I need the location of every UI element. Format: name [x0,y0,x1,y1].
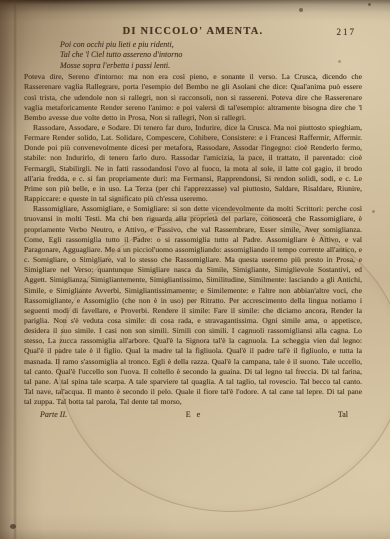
part-label: Parte II. [24,410,143,419]
ink-speck [368,3,371,6]
page-crease [13,0,17,539]
ink-speck [10,524,16,529]
ink-speck [372,210,375,213]
gathering-signature: E e [143,410,246,419]
scanned-book-page: DI NICCOLO' AMENTA. 217 Poi con occhi pi… [0,0,390,539]
ink-speck [299,8,303,12]
paragraph-rassomigliare: Rassomigliare, Assomigliare, e Somigliar… [24,204,362,407]
page-text: DI NICCOLO' AMENTA. 217 Poi con occhi pi… [24,26,362,419]
verse-line: Tal che 'l Ciel tutto assereno d'intorno [60,50,362,60]
page-number: 217 [337,27,357,37]
verse-line: Mosse sopra l'erbetta i passi lenti. [60,61,362,71]
verse-line: Poi con occhi piu lieti e piu ridenti, [60,40,362,50]
paragraph-rasserenare: Poteva dire, Sereno d'intorno: ma non er… [24,72,362,123]
header-title: DI NICCOLO' AMENTA. [123,26,264,37]
paragraph-rassodare: Rassodare, Assodare, e Sodare. Di tenero… [24,123,362,204]
catchword: Tal [245,410,362,419]
page-footer: Parte II. E e Tal [24,410,362,419]
running-header: DI NICCOLO' AMENTA. 217 [24,26,362,37]
verse-quotation: Poi con occhi piu lieti e piu ridenti, T… [60,40,362,71]
